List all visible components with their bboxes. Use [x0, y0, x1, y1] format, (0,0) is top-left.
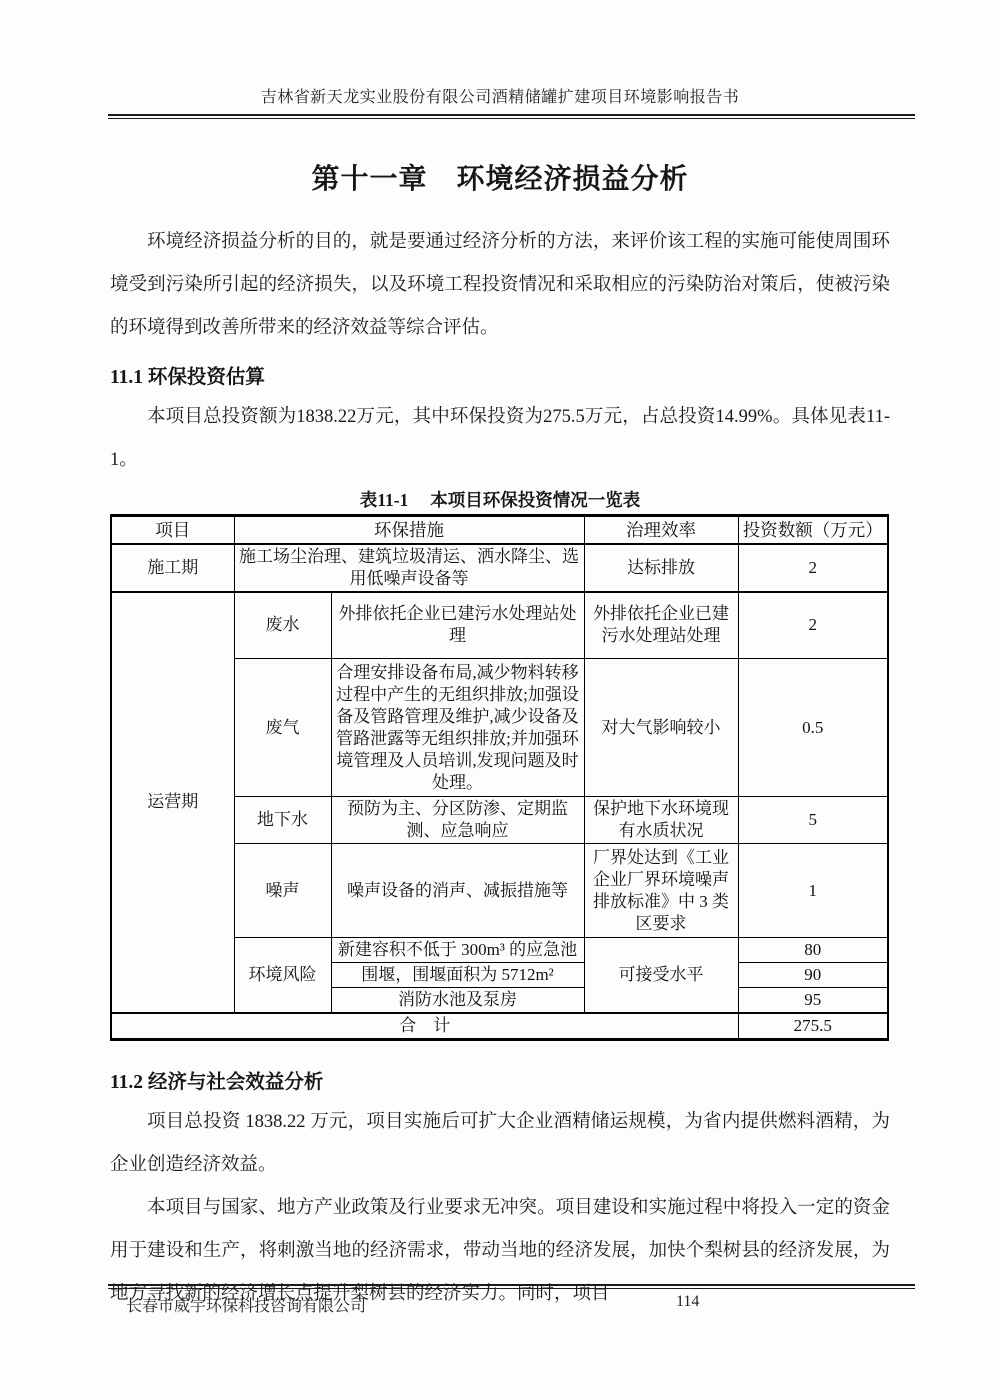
cell-risk-amount-2: 90 — [738, 963, 888, 988]
cell-wastegas-measure: 合理安排设备布局,减少物料转移过程中产生的无组织排放;加强设备及管路管理及维护,… — [331, 659, 584, 797]
section-11-1-paragraph: 本项目总投资额为1838.22万元，其中环保投资为275.5万元，占总投资14.… — [110, 396, 890, 482]
footer-row: 长春市威宇环保科技咨询有限公司 114 — [108, 1293, 915, 1317]
running-header: 吉林省新天龙实业股份有限公司酒精储罐扩建项目环境影响报告书 — [110, 0, 890, 107]
section-11-2-paragraph-1: 项目总投资 1838.22 万元，项目实施后可扩大企业酒精储运规模，为省内提供燃… — [110, 1101, 890, 1187]
section-heading-11-1: 11.1 环保投资估算 — [110, 360, 890, 396]
row-construction: 施工期 施工场尘治理、建筑垃圾清运、洒水降尘、选用低噪声设备等 达标排放 2 — [111, 544, 888, 592]
cell-wastegas-label: 废气 — [234, 659, 331, 797]
header-cell-project: 项目 — [111, 516, 234, 544]
cell-wastewater-measure: 外排依托企业已建污水处理站处理 — [331, 592, 584, 659]
cell-noise-effect: 厂界处达到《工业企业厂界环境噪声排放标准》中 3 类区要求 — [584, 844, 738, 938]
cell-risk-measure-2: 围堰，围堰面积为 5712m² — [331, 963, 584, 988]
cell-groundwater-amount: 5 — [738, 797, 888, 844]
row-wastewater: 运营期 废水 外排依托企业已建污水处理站处理 外排依托企业已建污水处理站处理 2 — [111, 592, 888, 659]
cell-groundwater-effect: 保护地下水环境现有水质状况 — [584, 797, 738, 844]
table-header-row: 项目 环保措施 治理效率 投资数额（万元） — [111, 516, 888, 544]
cell-risk-effect: 可接受水平 — [584, 938, 738, 1014]
cell-wastegas-amount: 0.5 — [738, 659, 888, 797]
cell-wastegas-effect: 对大气影响较小 — [584, 659, 738, 797]
cell-risk-amount-3: 95 — [738, 988, 888, 1014]
section-heading-11-2: 11.2 经济与社会效益分析 — [110, 1065, 890, 1101]
cell-wastewater-label: 废水 — [234, 592, 331, 659]
cell-noise-label: 噪声 — [234, 844, 331, 938]
cell-construction-measure: 施工场尘治理、建筑垃圾清运、洒水降尘、选用低噪声设备等 — [234, 544, 584, 592]
page-footer: 长春市威宇环保科技咨询有限公司 114 — [108, 1284, 915, 1317]
footer-company: 长春市威宇环保科技咨询有限公司 — [126, 1293, 366, 1316]
cell-wastewater-amount: 2 — [738, 592, 888, 659]
content-column: 吉林省新天龙实业股份有限公司酒精储罐扩建项目环境影响报告书 第十一章 环境经济损… — [110, 0, 890, 1316]
header-cell-effect: 治理效率 — [584, 516, 738, 544]
cell-wastewater-effect: 外排依托企业已建污水处理站处理 — [584, 592, 738, 659]
cell-construction-effect: 达标排放 — [584, 544, 738, 592]
cell-operation-phase: 运营期 — [111, 592, 234, 1014]
cell-risk-amount-1: 80 — [738, 938, 888, 963]
page-number: 114 — [676, 1293, 699, 1311]
cell-groundwater-measure: 预防为主、分区防渗、定期监测、应急响应 — [331, 797, 584, 844]
cell-noise-measure: 噪声设备的消声、减振措施等 — [331, 844, 584, 938]
cell-groundwater-label: 地下水 — [234, 797, 331, 844]
header-cell-measure: 环保措施 — [234, 516, 584, 544]
cell-total-amount: 275.5 — [738, 1013, 888, 1040]
cell-construction-phase: 施工期 — [111, 544, 234, 592]
cell-risk-measure-3: 消防水池及泵房 — [331, 988, 584, 1014]
footer-rule — [108, 1284, 915, 1289]
cell-total-label: 合 计 — [111, 1013, 738, 1040]
row-total: 合 计 275.5 — [111, 1013, 888, 1040]
cell-risk-label: 环境风险 — [234, 938, 331, 1014]
investment-table: 项目 环保措施 治理效率 投资数额（万元） 施工期 施工场尘治理、建筑垃圾清运、… — [110, 514, 889, 1041]
intro-paragraph: 环境经济损益分析的目的，就是要通过经济分析的方法，来评价该工程的实施可能使周围环… — [110, 221, 890, 350]
report-page: 吉林省新天龙实业股份有限公司酒精储罐扩建项目环境影响报告书 第十一章 环境经济损… — [0, 0, 1000, 1400]
cell-construction-amount: 2 — [738, 544, 888, 592]
cell-noise-amount: 1 — [738, 844, 888, 938]
chapter-title: 第十一章 环境经济损益分析 — [110, 157, 890, 197]
header-cell-amount: 投资数额（万元） — [738, 516, 888, 544]
cell-risk-measure-1: 新建容积不低于 300m³ 的应急池 — [331, 938, 584, 963]
header-rule — [108, 114, 915, 119]
table-caption: 表11-1 本项目环保投资情况一览表 — [110, 488, 890, 512]
